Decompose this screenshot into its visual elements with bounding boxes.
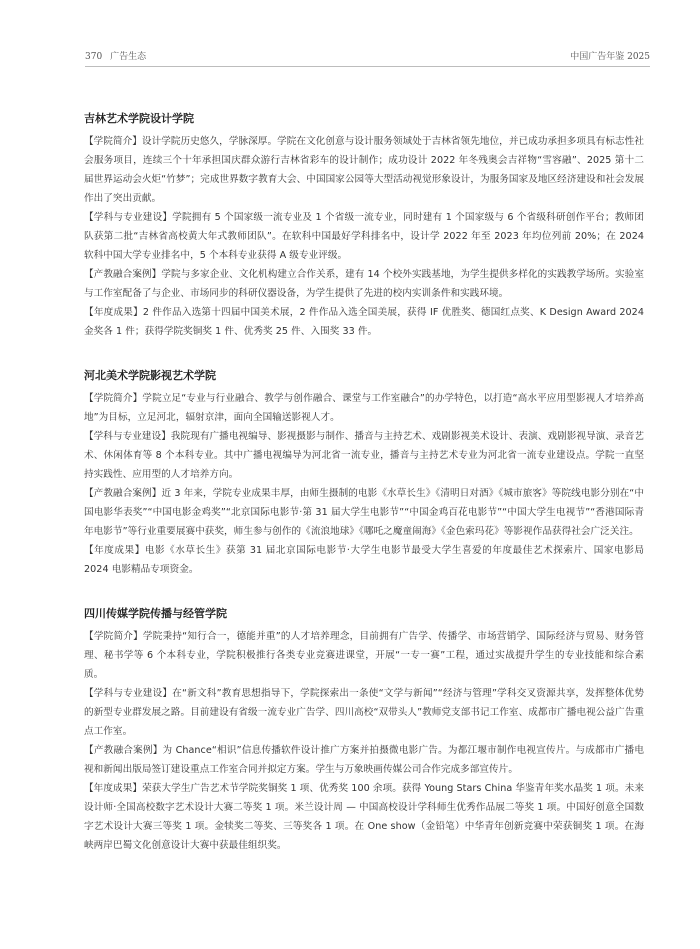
paragraph-annual-results: 【年度成果】荣获大学生广告艺术节学院奖铜奖 1 项、优秀奖 100 余项。获得 … (84, 779, 644, 855)
paragraph-tag: 【学院简介】 (84, 631, 143, 642)
page-content: 吉林艺术学院设计学院 【学院简介】设计学院历史悠久，学脉深厚。学院在文化创意与设… (84, 110, 644, 881)
paragraph-text: 电影《水草长生》获第 31 届北京国际电影节·大学生电影节最受大学生喜爱的年度最… (84, 545, 644, 575)
paragraph-discipline: 【学科与专业建设】我院现有广播电视编导、影视摄影与制作、播音与主持艺术、戏剧影视… (84, 427, 644, 484)
paragraph-text: 2 件作品入选第十四届中国美术展，2 件作品入选全国美展，获得 IF 优胜奖、德… (84, 307, 644, 337)
publication-title: 中国广告年鉴 2025 (570, 50, 650, 64)
paragraph-annual-results: 【年度成果】2 件作品入选第十四届中国美术展，2 件作品入选全国美展，获得 IF… (84, 303, 644, 341)
section-title: 四川传媒学院传播与经管学院 (84, 605, 644, 623)
paragraph-tag: 【学院简介】 (84, 136, 142, 147)
section-sichuan: 四川传媒学院传播与经管学院 【学院简介】学院秉持“知行合一，德能并重”的人才培养… (84, 605, 644, 855)
paragraph-industry-case: 【产教融合案例】近 3 年来，学院专业成果丰厚，由师生摄制的电影《水草长生》《清… (84, 484, 644, 541)
section-hebei: 河北美术学院影视艺术学院 【学院简介】学院立足“专业与行业融合、教学与创作融合、… (84, 367, 644, 579)
paragraph-text: 设计学院历史悠久，学脉深厚。学院在文化创意与设计服务领域处于吉林省领先地位，并已… (84, 136, 644, 204)
paragraph-tag: 【产教融合案例】 (84, 269, 161, 280)
section-name: 广告生态 (110, 52, 146, 62)
paragraph-text: 近 3 年来，学院专业成果丰厚，由师生摄制的电影《水草长生》《清明日对酒》《城市… (84, 488, 644, 537)
paragraph-text: 为 Chance“相识”信息传播软件设计推广方案并拍摄微电影广告。为都江堰市制作… (84, 745, 644, 775)
paragraph-tag: 【学科与专业建设】 (84, 431, 171, 442)
running-header: 370 广告生态 中国广告年鉴 2025 (85, 50, 650, 67)
paragraph-tag: 【学院简介】 (84, 393, 142, 404)
paragraph-tag: 【学科与专业建设】 (84, 688, 172, 699)
page-number: 370 (85, 52, 102, 62)
paragraph-tag: 【年度成果】 (84, 783, 142, 794)
paragraph-tag: 【年度成果】 (84, 307, 143, 318)
paragraph-tag: 【产教融合案例】 (84, 745, 163, 756)
paragraph-text: 学院立足“专业与行业融合、教学与创作融合、课堂与工作室融合”的办学特色，以打造“… (84, 393, 644, 423)
section-title: 吉林艺术学院设计学院 (84, 110, 644, 128)
paragraph-tag: 【学科与专业建设】 (84, 212, 172, 223)
paragraph-text: 荣获大学生广告艺术节学院奖铜奖 1 项、优秀奖 100 余项。获得 Young … (84, 783, 644, 851)
paragraph-tag: 【年度成果】 (84, 545, 145, 556)
paragraph-text: 学院秉持“知行合一，德能并重”的人才培养理念，目前拥有广告学、传播学、市场营销学… (84, 631, 644, 680)
paragraph-intro: 【学院简介】设计学院历史悠久，学脉深厚。学院在文化创意与设计服务领域处于吉林省领… (84, 132, 644, 208)
paragraph-intro: 【学院简介】学院立足“专业与行业融合、教学与创作融合、课堂与工作室融合”的办学特… (84, 389, 644, 427)
paragraph-intro: 【学院简介】学院秉持“知行合一，德能并重”的人才培养理念，目前拥有广告学、传播学… (84, 627, 644, 684)
section-title: 河北美术学院影视艺术学院 (84, 367, 644, 385)
paragraph-tag: 【产教融合案例】 (84, 488, 162, 499)
paragraph-discipline: 【学科与专业建设】学院拥有 5 个国家级一流专业及 1 个省级一流专业，同时建有… (84, 208, 644, 265)
header-left: 370 广告生态 (85, 50, 146, 64)
paragraph-industry-case: 【产教融合案例】学院与多家企业、文化机构建立合作关系，建有 14 个校外实践基地… (84, 265, 644, 303)
section-jilin: 吉林艺术学院设计学院 【学院简介】设计学院历史悠久，学脉深厚。学院在文化创意与设… (84, 110, 644, 341)
paragraph-annual-results: 【年度成果】电影《水草长生》获第 31 届北京国际电影节·大学生电影节最受大学生… (84, 541, 644, 579)
paragraph-text: 学院与多家企业、文化机构建立合作关系，建有 14 个校外实践基地，为学生提供多样… (84, 269, 644, 299)
paragraph-industry-case: 【产教融合案例】为 Chance“相识”信息传播软件设计推广方案并拍摄微电影广告… (84, 741, 644, 779)
paragraph-discipline: 【学科与专业建设】在“新文科”教育思想指导下，学院探索出一条使“文学与新闻”“经… (84, 684, 644, 741)
